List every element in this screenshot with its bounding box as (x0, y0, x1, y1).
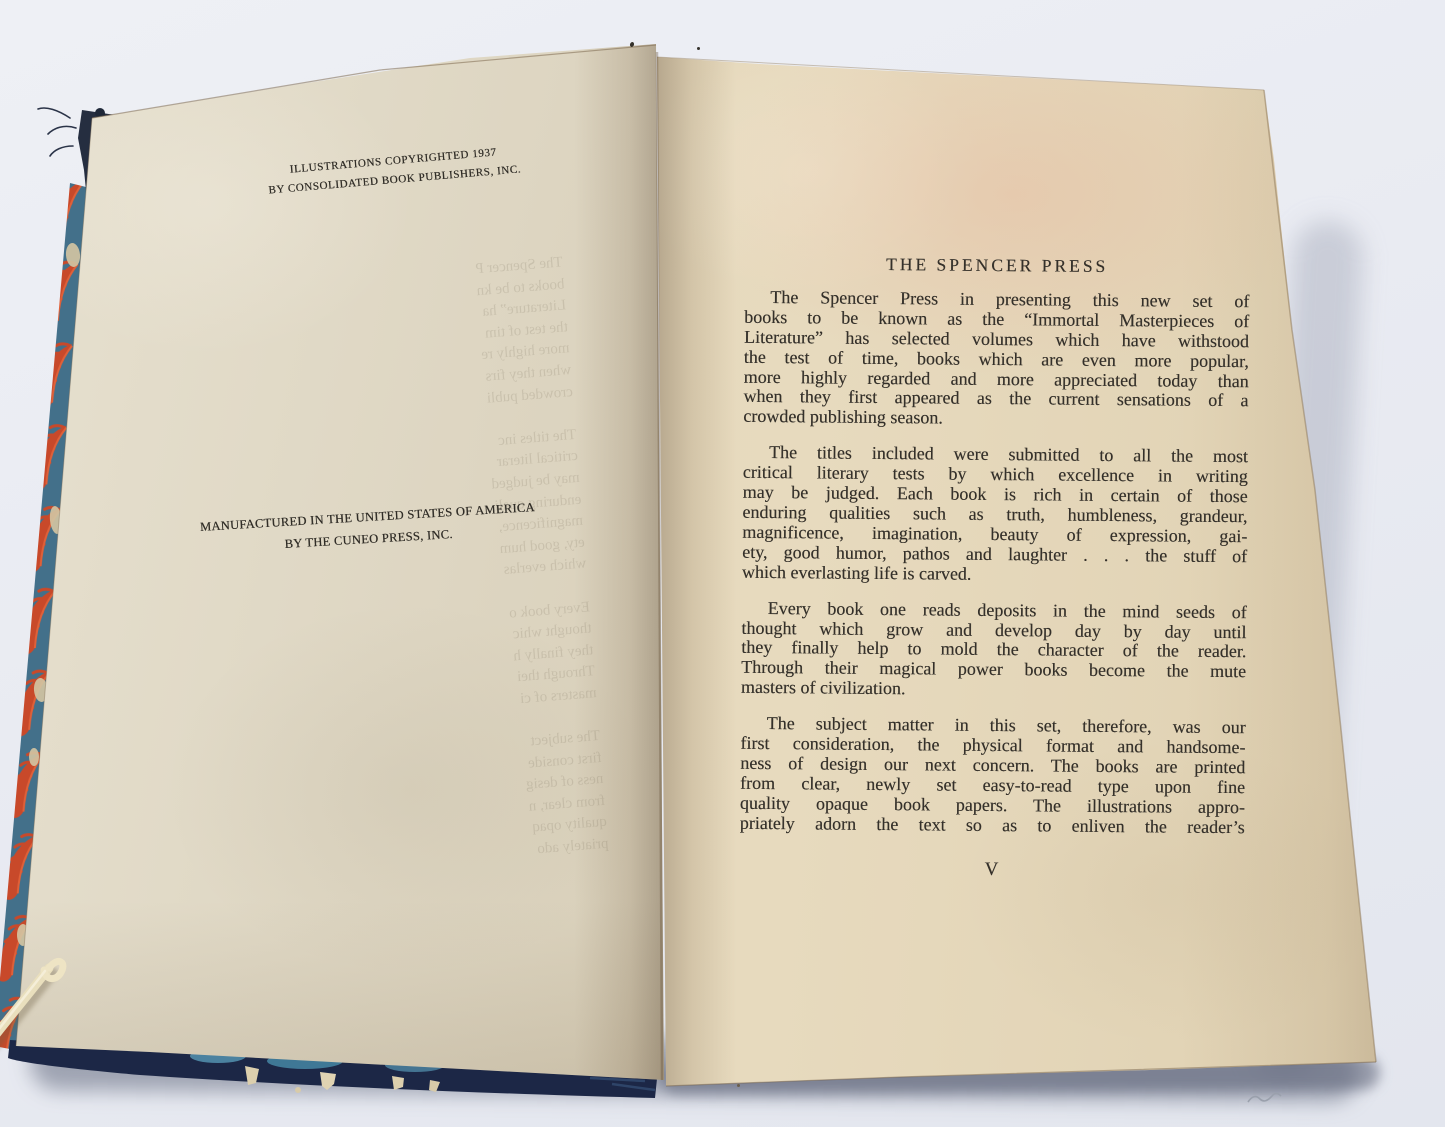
text-line: masters of civilization. (741, 678, 1246, 702)
book-photo: The Spencer Pbooks to be knLiterature” h… (0, 0, 1445, 1127)
page-body-text: THE SPENCER PRESS The Spencer Press in p… (739, 254, 1249, 882)
text-line: priately adorn the text so as to enliven… (740, 813, 1245, 837)
paragraph: The subject matter in this set, therefor… (740, 714, 1246, 838)
dust-speck (737, 1084, 740, 1087)
paragraph: The Spencer Press in presenting this new… (743, 288, 1249, 432)
text-line: crowded publishing season. (743, 407, 1248, 431)
gutter-shading-left (574, 0, 664, 1127)
gutter-shading-right (656, 0, 736, 1127)
dust-speck (697, 47, 700, 50)
paragraph: Every book one reads deposits in the min… (741, 598, 1247, 702)
paragraph: The titles included were submitted to al… (742, 443, 1248, 587)
showthrough-text: The Spencer Pbooks to be knLiterature” h… (295, 252, 610, 876)
page-title: THE SPENCER PRESS (745, 254, 1250, 278)
